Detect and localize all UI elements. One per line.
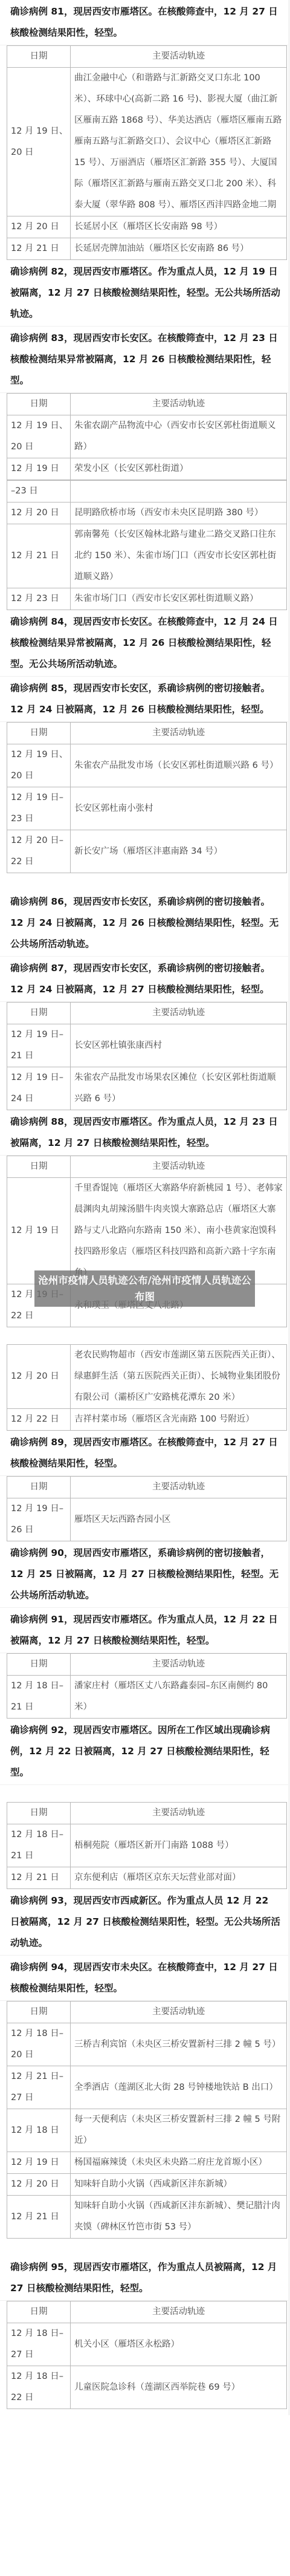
table-header-row: 日期主要活动轨迹 (7, 1803, 287, 1824)
table-row: 12 月 19 日、20 日朱雀农副产品物流中心（西安市长安区郭杜街道顺义路） (7, 415, 287, 458)
activity-track-table: 日期主要活动轨迹12 月 19 日、20 日曲江金融中心（和谐路与汇新路交叉口东… (7, 45, 287, 260)
track-column-header: 主要活动轨迹 (71, 394, 287, 415)
case-paragraph: 确诊病例 94，现居西安市未央区。在核酸筛查中，12 月 27 日核酸检测结果阳… (0, 1956, 290, 2001)
activity-track-table: 日期主要活动轨迹12 月 19 日、20 日朱雀农副产品物流中心（西安市长安区郭… (7, 393, 287, 480)
track-cell (71, 481, 287, 503)
table-row: 12 月 19 日–23 日长安区郭杜南小张村 (7, 787, 287, 830)
table-row: 12 月 19 日荣发小区（长安区郭杜街道） (7, 458, 287, 480)
track-cell: 老农民购物超市（西安市莲湖区第五医院西关正街）、绿惠鲜生活（第五医院西关正街）、… (71, 1345, 287, 1409)
table-row: 12 月 19 日–26 日雁塔区天坛西路杏园小区 (7, 1498, 287, 1541)
case-paragraph: 确诊病例 89，现居西安市雁塔区。在核酸筛查中，12 月 27 日核酸检测结果阳… (0, 1431, 290, 1476)
date-column-header: 日期 (7, 723, 71, 744)
track-cell: 朱雀市场门口（西安市长安区郭杜街道顺义路） (71, 588, 287, 610)
activity-track-table: 日期主要活动轨迹12 月 18 日–21 日梧桐苑院（雁塔区新开门南路 1088… (7, 1802, 287, 1889)
table-header-row: 日期主要活动轨迹 (7, 723, 287, 744)
table-row: 12 月 21 日京东便利店（雁塔区京东天坛营业部对面） (7, 1867, 287, 1889)
table-row: 12 月 20 日昆明路欣桥市场（西安市未央区昆明路 380 号） (7, 503, 287, 524)
track-cell: 知味轩自助小火锅（西咸新区沣东新城） (71, 2174, 287, 2196)
table-header-row: 日期主要活动轨迹 (7, 1654, 287, 1676)
table-row: –23 日 (7, 481, 287, 503)
table-row: 12 月 18 日–27 日机关小区（雁塔区永松路） (7, 2323, 287, 2366)
table-header-row: 日期主要活动轨迹 (7, 2002, 287, 2023)
track-cell: 京东便利店（雁塔区京东天坛营业部对面） (71, 1867, 287, 1889)
date-cell: 12 月 18 日 (7, 2109, 71, 2152)
case-paragraph: 确诊病例 90，现居西安市雁塔区，系确诊病例的密切接触者，12 月 25 日被隔… (0, 1541, 290, 1608)
table-header-row: 日期主要活动轨迹 (7, 2301, 287, 2323)
track-cell: 新长安广场（雁塔区沣惠南路 34 号） (71, 830, 287, 873)
table-header-row: 日期主要活动轨迹 (7, 1156, 287, 1178)
table-row: 12 月 21 日–27 日全季酒店（莲湖区北大街 28 号钟楼地铁站 B 出口… (7, 2066, 287, 2109)
table-header-row: 日期主要活动轨迹 (7, 1003, 287, 1024)
date-cell: 12 月 21 日 (7, 1867, 71, 1889)
activity-track-table: 日期主要活动轨迹12 月 19 日–21 日长安区郭杜镇张康西村12 月 19 … (7, 1002, 287, 1110)
article-content: 确诊病例 81，现居西安市雁塔区。在核酸筛查中，12 月 27 日核酸检测结果阳… (0, 0, 290, 2409)
track-cell: 三桥吉利宾馆（未央区三桥安置新村三排 2 幢 5 号） (71, 2023, 287, 2066)
activity-track-table: 日期主要活动轨迹12 月 18 日–21 日潘家庄村（雁塔区丈八东路鑫泰园–东区… (7, 1653, 287, 1719)
track-cell: 长延居小区（雁塔区长安南路 98 号） (71, 216, 287, 238)
table-row: 12 月 19 日、20 日朱雀农产品批发市场（长安区郭杜街道顺兴路 6 号） (7, 744, 287, 787)
section-spacer (0, 1327, 290, 1344)
track-cell: 长安区郭杜南小张村 (71, 787, 287, 830)
table-row: 12 月 22 日吉祥村菜市场（雁塔区含光南路 100 号附近） (7, 1409, 287, 1431)
table-row: 12 月 19 日杨国福麻辣烫（未央区未央路二府庄龙首塬小区） (7, 2152, 287, 2174)
activity-track-table: –23 日12 月 20 日昆明路欣桥市场（西安市未央区昆明路 380 号）12… (7, 480, 287, 610)
date-cell: 12 月 18 日–27 日 (7, 2323, 71, 2366)
track-column-header: 主要活动轨迹 (71, 46, 287, 68)
date-cell: 12 月 22 日 (7, 1409, 71, 1431)
table-row: 12 月 19 日千里香馄饨（雁塔区大寨路华府新桃园 1 号）、老韩家晨渊肉丸胡… (7, 1178, 287, 1284)
article-title-overlay: 沧州市疫情人员轨迹公布/沧州市疫情人员轨迹公布图 (34, 1270, 255, 1307)
track-cell: 荣发小区（长安区郭杜街道） (71, 458, 287, 480)
activity-track-table: 12 月 20 日老农民购物超市（西安市莲湖区第五医院西关正街）、绿惠鲜生活（第… (7, 1344, 287, 1431)
track-cell: 长延居壳牌加油站（雁塔区长安南路 86 号） (71, 238, 287, 260)
table-row: 12 月 18 日–20 日三桥吉利宾馆（未央区三桥安置新村三排 2 幢 5 号… (7, 2023, 287, 2066)
date-cell: 12 月 18 日–20 日 (7, 2023, 71, 2066)
table-row: 12 月 21 日知味轩自助小火锅（西咸新区沣东新城）、樊记腊汁肉夹馍（碑林区竹… (7, 2196, 287, 2239)
table-header-row: 日期主要活动轨迹 (7, 394, 287, 415)
date-cell: 12 月 21 日 (7, 238, 71, 260)
case-paragraph: 确诊病例 93，现居西安市西咸新区。作为重点人员 12 月 22 日被隔离，12… (0, 1889, 290, 1956)
track-cell: 每一天便利店（未央区三桥安置新村三排 2 幢 5 号附近） (71, 2109, 287, 2152)
date-cell: 12 月 20 日 (7, 1345, 71, 1409)
article-page: 确诊病例 81，现居西安市雁塔区。在核酸筛查中，12 月 27 日核酸检测结果阳… (0, 0, 290, 2415)
track-cell: 机关小区（雁塔区永松路） (71, 2323, 287, 2366)
date-column-header: 日期 (7, 1654, 71, 1676)
date-column-header: 日期 (7, 394, 71, 415)
table-header-row: 日期主要活动轨迹 (7, 1477, 287, 1498)
case-paragraph: 确诊病例 81，现居西安市雁塔区。在核酸筛查中，12 月 27 日核酸检测结果阳… (0, 0, 290, 45)
date-cell: 12 月 21 日–27 日 (7, 2066, 71, 2109)
case-paragraph: 确诊病例 83，现居西安市长安区。在核酸筛查中，12 月 23 日核酸检测结果异… (0, 327, 290, 393)
activity-track-table: 日期主要活动轨迹12 月 19 日、20 日朱雀农产品批发市场（长安区郭杜街道顺… (7, 722, 287, 873)
activity-track-table: 日期主要活动轨迹12 月 18 日–27 日机关小区（雁塔区永松路）12 月 1… (7, 2301, 287, 2409)
track-cell: 曲江金融中心（和谐路与汇新路交叉口东北 100 米）、环球中心(高新二路 16 … (71, 68, 287, 216)
date-cell: 12 月 18 日–22 日 (7, 2366, 71, 2409)
track-column-header: 主要活动轨迹 (71, 1156, 287, 1178)
date-column-header: 日期 (7, 1156, 71, 1178)
track-cell: 朱雀农产品批发市场果农区摊位（长安区郭杜街道顺兴路 6 号） (71, 1067, 287, 1110)
track-column-header: 主要活动轨迹 (71, 1477, 287, 1498)
date-cell: 12 月 20 日 (7, 2174, 71, 2196)
table-row: 12 月 19 日–24 日朱雀农产品批发市场果农区摊位（长安区郭杜街道顺兴路 … (7, 1067, 287, 1110)
case-paragraph: 确诊病例 88，现居西安市雁塔区。作为重点人员，12 月 23 日被隔离，12 … (0, 1110, 290, 1156)
activity-track-table: 日期主要活动轨迹12 月 18 日–20 日三桥吉利宾馆（未央区三桥安置新村三排… (7, 2001, 287, 2239)
activity-track-table: 日期主要活动轨迹12 月 19 日–26 日雁塔区天坛西路杏园小区 (7, 1476, 287, 1541)
track-cell: 千里香馄饨（雁塔区大寨路华府新桃园 1 号）、老韩家晨渊肉丸胡辣汤腊牛肉夹馍大寨… (71, 1178, 287, 1284)
date-column-header: 日期 (7, 1003, 71, 1024)
case-paragraph: 确诊病例 84，现居西安市长安区。在核酸筛查中，12 月 24 日核酸检测结果异… (0, 610, 290, 677)
track-column-header: 主要活动轨迹 (71, 723, 287, 744)
date-cell: 12 月 21 日 (7, 524, 71, 588)
track-cell: 梧桐苑院（雁塔区新开门南路 1088 号） (71, 1824, 287, 1867)
track-cell: 长安区郭杜镇张康西村 (71, 1024, 287, 1067)
date-column-header: 日期 (7, 1803, 71, 1824)
date-cell: 12 月 19 日、20 日 (7, 415, 71, 458)
date-cell: 12 月 20 日–22 日 (7, 830, 71, 873)
date-cell: 12 月 19 日 (7, 1178, 71, 1284)
track-column-header: 主要活动轨迹 (71, 2002, 287, 2023)
date-column-header: 日期 (7, 1477, 71, 1498)
track-cell: 儿童医院急诊科（莲湖区西举院巷 69 号） (71, 2366, 287, 2409)
date-cell: 12 月 19 日 (7, 458, 71, 480)
case-paragraph: 确诊病例 95，现居西安市雁塔区，作为重点人员被隔离，12 月 27 日核酸检测… (0, 2256, 290, 2301)
table-row: 12 月 21 日郭南馨苑（长安区翰林北路与建业二路交叉路口往东北约 150 米… (7, 524, 287, 588)
track-cell: 杨国福麻辣烫（未央区未央路二府庄龙首塬小区） (71, 2152, 287, 2174)
table-row: 12 月 19 日–21 日长安区郭杜镇张康西村 (7, 1024, 287, 1067)
date-cell: 12 月 19 日–23 日 (7, 787, 71, 830)
table-row: 12 月 20 日–22 日新长安广场（雁塔区沣惠南路 34 号） (7, 830, 287, 873)
section-spacer (0, 873, 290, 890)
date-cell: –23 日 (7, 481, 71, 503)
table-row: 12 月 20 日老农民购物超市（西安市莲湖区第五医院西关正街）、绿惠鲜生活（第… (7, 1345, 287, 1409)
case-paragraph: 确诊病例 87，现居西安市长安区，系确诊病例的密切接触者。12 月 24 日被隔… (0, 957, 290, 1002)
case-paragraph: 确诊病例 92，现居西安市雁塔区。因所在工作区域出现确诊病例，12 月 22 日… (0, 1719, 290, 1785)
table-row: 12 月 18 日–22 日儿童医院急诊科（莲湖区西举院巷 69 号） (7, 2366, 287, 2409)
table-row: 12 月 21 日长延居壳牌加油站（雁塔区长安南路 86 号） (7, 238, 287, 260)
section-spacer (0, 1785, 290, 1802)
track-column-header: 主要活动轨迹 (71, 1003, 287, 1024)
track-column-header: 主要活动轨迹 (71, 2301, 287, 2323)
date-cell: 12 月 21 日 (7, 2196, 71, 2239)
date-cell: 12 月 20 日 (7, 503, 71, 524)
case-paragraph: 确诊病例 82，现居西安市雁塔区。作为重点人员，12 月 19 日被隔离，12 … (0, 260, 290, 327)
track-column-header: 主要活动轨迹 (71, 1654, 287, 1676)
case-paragraph: 确诊病例 91，现居西安市雁塔区。作为重点人员，12 月 22 日被隔离，12 … (0, 1608, 290, 1653)
date-column-header: 日期 (7, 2301, 71, 2323)
table-row: 12 月 23 日朱雀市场门口（西安市长安区郭杜街道顺义路） (7, 588, 287, 610)
table-row: 12 月 19 日、20 日曲江金融中心（和谐路与汇新路交叉口东北 100 米）… (7, 68, 287, 216)
table-row: 12 月 18 日每一天便利店（未央区三桥安置新村三排 2 幢 5 号附近） (7, 2109, 287, 2152)
date-cell: 12 月 19 日、20 日 (7, 68, 71, 216)
date-cell: 12 月 19 日–24 日 (7, 1067, 71, 1110)
table-row: 12 月 18 日–21 日潘家庄村（雁塔区丈八东路鑫泰园–东区南侧约 80 米… (7, 1676, 287, 1719)
date-cell: 12 月 23 日 (7, 588, 71, 610)
track-cell: 郭南馨苑（长安区翰林北路与建业二路交叉路口往东北约 150 米）、朱雀市场门口（… (71, 524, 287, 588)
section-spacer (0, 2239, 290, 2256)
table-header-row: 日期主要活动轨迹 (7, 46, 287, 68)
table-row: 12 月 20 日知味轩自助小火锅（西咸新区沣东新城） (7, 2174, 287, 2196)
track-column-header: 主要活动轨迹 (71, 1803, 287, 1824)
date-cell: 12 月 18 日–21 日 (7, 1676, 71, 1719)
table-row: 12 月 18 日–21 日梧桐苑院（雁塔区新开门南路 1088 号） (7, 1824, 287, 1867)
date-column-header: 日期 (7, 2002, 71, 2023)
date-cell: 12 月 18 日–21 日 (7, 1824, 71, 1867)
track-cell: 朱雀农副产品物流中心（西安市长安区郭杜街道顺义路） (71, 415, 287, 458)
track-cell: 吉祥村菜市场（雁塔区含光南路 100 号附近） (71, 1409, 287, 1431)
track-cell: 全季酒店（莲湖区北大街 28 号钟楼地铁站 B 出口） (71, 2066, 287, 2109)
date-cell: 12 月 19 日–26 日 (7, 1498, 71, 1541)
date-cell: 12 月 19 日–21 日 (7, 1024, 71, 1067)
table-row: 12 月 20 日长延居小区（雁塔区长安南路 98 号） (7, 216, 287, 238)
track-cell: 雁塔区天坛西路杏园小区 (71, 1498, 287, 1541)
track-cell: 潘家庄村（雁塔区丈八东路鑫泰园–东区南侧约 80 米） (71, 1676, 287, 1719)
date-cell: 12 月 20 日 (7, 216, 71, 238)
case-paragraph: 确诊病例 86，现居西安市长安区，系确诊病例的密切接触者。12 月 24 日被隔… (0, 890, 290, 957)
track-cell: 知味轩自助小火锅（西咸新区沣东新城）、樊记腊汁肉夹馍（碑林区竹笆市街 53 号） (71, 2196, 287, 2239)
date-cell: 12 月 19 日、20 日 (7, 744, 71, 787)
track-cell: 朱雀农产品批发市场（长安区郭杜街道顺兴路 6 号） (71, 744, 287, 787)
case-paragraph: 确诊病例 85，现居西安市长安区，系确诊病例的密切接触者。12 月 24 日被隔… (0, 677, 290, 722)
date-cell: 12 月 19 日 (7, 2152, 71, 2174)
track-cell: 昆明路欣桥市场（西安市未央区昆明路 380 号） (71, 503, 287, 524)
date-column-header: 日期 (7, 46, 71, 68)
